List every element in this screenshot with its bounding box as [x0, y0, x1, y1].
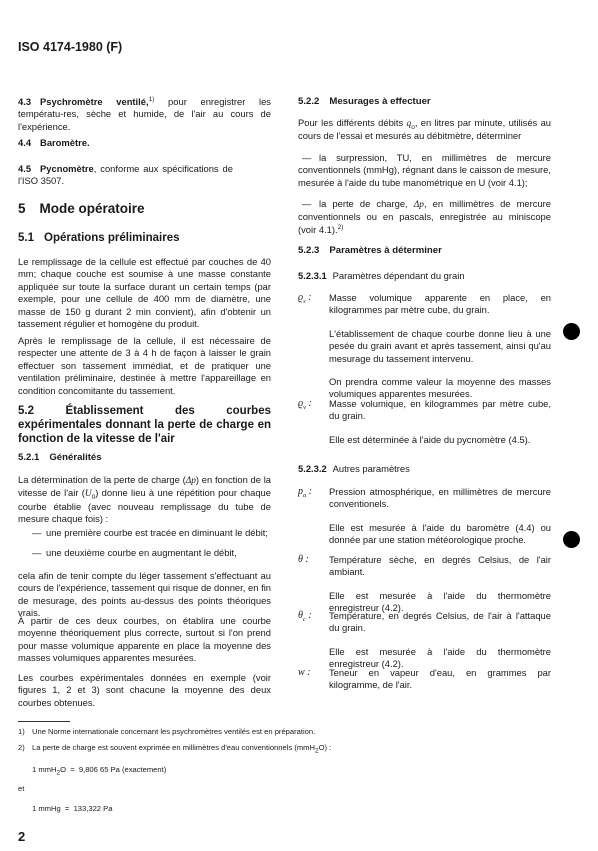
footnote-divider: [18, 721, 70, 722]
footnote-1: 1)Une Norme internationale concernant le…: [18, 726, 315, 738]
list-item: —la perte de charge, Δp, en millimètres …: [298, 198, 551, 236]
section-5-2-1-paragraph-1: La détermination de la perte de charge (…: [18, 474, 271, 526]
definition-rho-v: ϱv : Masse volumique, en kilogrammes par…: [298, 398, 551, 446]
section-5-2-2-heading: 5.2.2Mesurages à effectuer: [298, 96, 431, 108]
symbol: θ :: [298, 554, 329, 615]
section-4-4: 4.4Baromètre.: [18, 137, 90, 149]
list-item: —une deuxième courbe en augmentant le dé…: [32, 547, 285, 559]
footnote-2: 2)La perte de charge est souvent exprimé…: [18, 742, 331, 754]
punch-hole-icon: [563, 323, 580, 340]
section-5-2-1-paragraph-3: À partir de ces deux courbes, on établir…: [18, 615, 271, 665]
section-4-3: 4.3Psychromètre ventilé,1) pour enregist…: [18, 96, 271, 133]
punch-hole-icon: [563, 531, 580, 548]
section-5-1-paragraph-1: Le remplissage de la cellule est effectu…: [18, 256, 271, 330]
definition-theta: θ : Température sèche, en degrés Celsius…: [298, 554, 551, 615]
section-5-2-3-2-heading: 5.2.3.2Autres paramètres: [298, 463, 410, 475]
footnote-equation-2: 1 mmHg = 133,322 Pa: [32, 803, 112, 815]
section-4-5: 4.5Pycnomètre, conforme aux spécificatio…: [18, 163, 233, 188]
symbol: θc :: [298, 610, 329, 671]
page-number: 2: [18, 831, 25, 843]
section-5-2-2-paragraph: Pour les différents débits qo, en litres…: [298, 117, 551, 143]
document-id-header: ISO 4174-1980 (F): [18, 41, 122, 53]
section-5-2-3-heading: 5.2.3Paramètres à déterminer: [298, 245, 442, 257]
list-item: —la surpression, TU, en millimètres de m…: [298, 152, 551, 189]
definition-theta-c: θc : Température, en degrés Celsius, de …: [298, 610, 551, 671]
section-5-1-heading: 5.1Opérations préliminaires: [18, 231, 180, 245]
symbol: ϱv :: [298, 398, 329, 446]
section-5-2-1-heading: 5.2.1Généralités: [18, 452, 102, 464]
symbol: pa :: [298, 486, 329, 547]
footnote-ref-2: 2): [338, 224, 344, 231]
symbol: w :: [298, 667, 329, 692]
symbol: ϱs :: [298, 292, 329, 401]
section-5-2-heading: 5.2 Établissement des courbes expériment…: [18, 404, 271, 446]
footnote-conjunction: et: [18, 783, 24, 795]
definition-p-a: pa : Pression atmosphérique, en millimèt…: [298, 486, 551, 547]
list-item: —une première courbe est tracée en dimin…: [32, 527, 285, 539]
section-5-heading: 5Mode opératoire: [18, 203, 145, 215]
section-5-2-1-paragraph-2: cela afin de tenir compte du léger tasse…: [18, 570, 271, 620]
definition-w: w : Teneur en vapeur d'eau, en grammes p…: [298, 667, 551, 692]
definition-rho-s: ϱs : Masse volumique apparente en place,…: [298, 292, 551, 401]
footnote-equation-1: 1 mmH2O = 9,806 65 Pa (exactement): [32, 764, 166, 776]
section-5-2-3-1-heading: 5.2.3.1Paramètres dépendant du grain: [298, 270, 465, 282]
section-5-1-paragraph-2: Après le remplissage de la cellule, il e…: [18, 335, 271, 397]
section-5-2-1-paragraph-4: Les courbes expérimentales données en ex…: [18, 672, 271, 709]
